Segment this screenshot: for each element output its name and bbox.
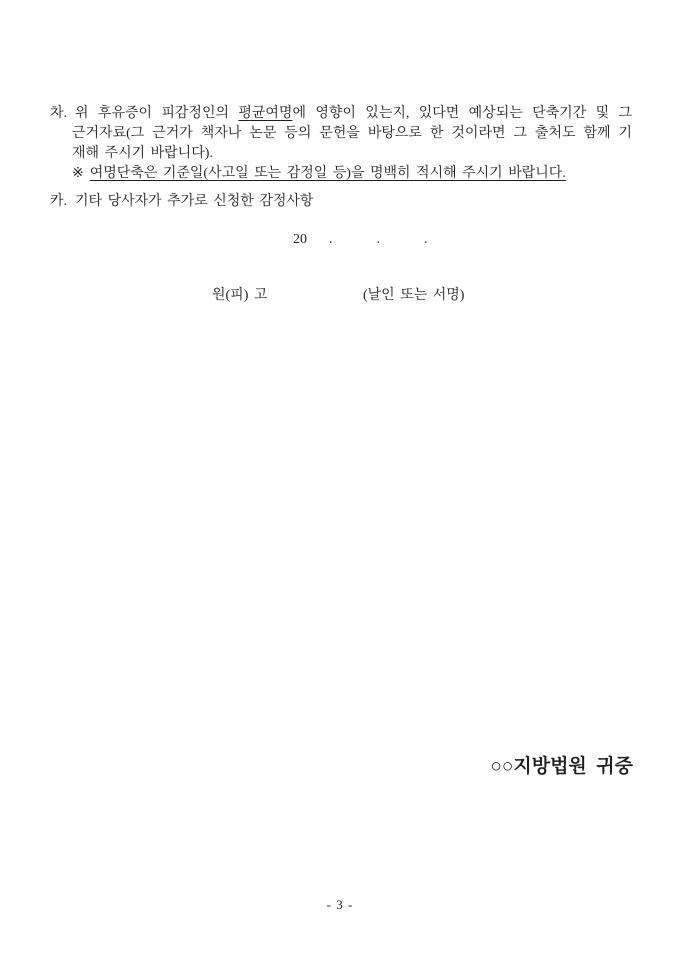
clause-cha-label: 차. <box>50 106 67 121</box>
clause-cha-line-1: 차.위 후유증이 피감정인의 평균여명에 영향이 있는지, 있다면 예상되는 단… <box>72 104 632 124</box>
signature-row: 원(피) 고 (날인 또는 서명) <box>50 286 632 306</box>
clause-ka: 카.기타 당사자가 추가로 신청한 감정사항 <box>50 192 632 212</box>
clause-cha-note-text: 여명단축은 기준일(사고일 또는 감정일 등)을 명백히 적시해 주시기 바랍니… <box>90 166 566 181</box>
clause-cha-note: ※여명단축은 기준일(사고일 또는 감정일 등)을 명백히 적시해 주시기 바랍… <box>72 164 632 184</box>
clause-cha-line-2: 근거자료(그 근거가 책자나 논문 등의 문헌을 바탕으로 한 것이라면 그 출… <box>72 124 632 144</box>
date-line: 20 . . . <box>50 230 632 250</box>
document-body: 차.위 후유증이 피감정인의 평균여명에 영향이 있는지, 있다면 예상되는 단… <box>50 104 632 306</box>
clause-cha-line1-suffix: 에 영향이 있는지, 있다면 예상되는 단축기간 및 그 <box>292 106 632 121</box>
page-number: - 3 - <box>0 897 680 913</box>
document-page: 차.위 후유증이 피감정인의 평균여명에 영향이 있는지, 있다면 예상되는 단… <box>0 0 680 962</box>
clause-cha-line1-prefix: 위 후유증이 피감정인의 <box>75 106 238 121</box>
clause-cha: 차.위 후유증이 피감정인의 평균여명에 영향이 있는지, 있다면 예상되는 단… <box>50 104 632 184</box>
signature-method-note: (날인 또는 서명) <box>363 286 464 306</box>
clause-cha-line-3: 재해 주시기 바랍니다). <box>72 144 632 164</box>
clause-cha-line1-underlined-term: 평균여명 <box>238 106 292 121</box>
court-addressee: ○○지방법원 귀중 <box>490 751 633 778</box>
signature-party-label: 원(피) 고 <box>212 286 267 306</box>
clause-ka-label: 카. <box>50 194 67 209</box>
reference-mark-icon: ※ <box>72 166 84 181</box>
clause-ka-text: 기타 당사자가 추가로 신청한 감정사항 <box>75 194 313 209</box>
